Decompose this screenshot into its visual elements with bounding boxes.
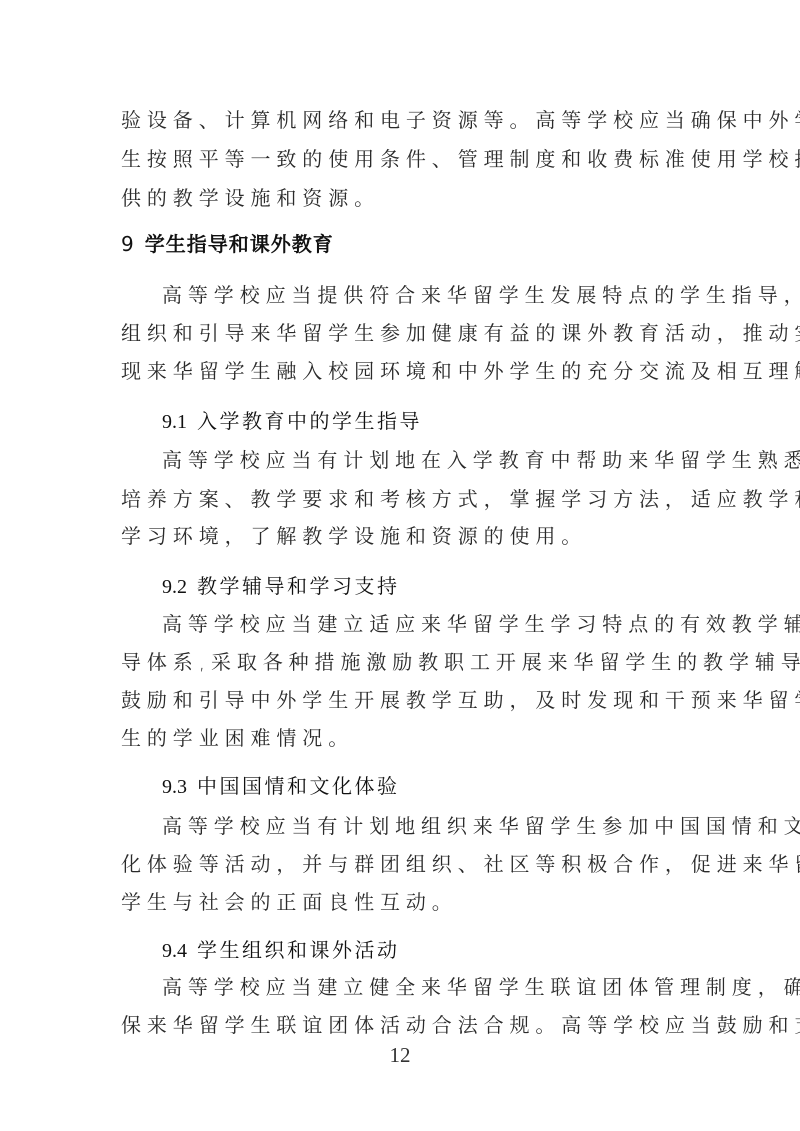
paragraph-line: 高等学校应当有计划地在入学教育中帮助来华留学生熟悉 (162, 448, 683, 472)
section-number: 9 (121, 232, 135, 256)
paragraph-line: 高等学校应当有计划地组织来华留学生参加中国国情和文 (162, 814, 683, 838)
section-heading: 9学生指导和课外教育 (121, 232, 334, 256)
paragraph-line: 验设备、计算机网络和电子资源等。高等学校应当确保中外学 (121, 108, 683, 132)
subsection-heading: 9.1入学教育中的学生指导 (162, 409, 422, 434)
subsection-number: 9.2 (162, 576, 187, 598)
subsection-title: 入学教育中的学生指导 (197, 409, 422, 433)
subsection-title: 中国国情和文化体验 (197, 774, 400, 798)
subsection-heading: 9.4学生组织和课外活动 (162, 938, 400, 963)
subsection-number: 9.4 (162, 940, 187, 962)
subsection-heading: 9.3中国国情和文化体验 (162, 774, 400, 799)
subsection-title: 学生组织和课外活动 (197, 938, 400, 962)
paragraph-line: 高等学校应当建立适应来华留学生学习特点的有效教学辅 (162, 612, 683, 636)
paragraph-line: 高等学校应当提供符合来华留学生发展特点的学生指导， (162, 283, 683, 307)
section-title: 学生指导和课外教育 (145, 232, 334, 256)
paragraph-line: 组织和引导来华留学生参加健康有益的课外教育活动，推动实 (121, 321, 683, 345)
paragraph-line: 供的教学设施和资源。 (121, 186, 683, 210)
subsection-number: 9.3 (162, 776, 187, 798)
paragraph-line: 保来华留学生联谊团体活动合法合规。高等学校应当鼓励和支 (121, 1013, 683, 1037)
paragraph-line: 现来华留学生融入校园环境和中外学生的充分交流及相互理解。 (121, 359, 683, 383)
paragraph-line: 培养方案、教学要求和考核方式，掌握学习方法，适应教学和 (121, 487, 683, 511)
subsection-heading: 9.2教学辅导和学习支持 (162, 574, 400, 599)
page-number: 12 (0, 1043, 800, 1068)
paragraph-line: 学习环境，了解教学设施和资源的使用。 (121, 524, 683, 548)
paragraph-line: 生按照平等一致的使用条件、管理制度和收费标准使用学校提 (121, 147, 683, 171)
subsection-number: 9.1 (162, 411, 187, 433)
paragraph-line: 学生与社会的正面良性互动。 (121, 890, 683, 914)
subsection-title: 教学辅导和学习支持 (197, 574, 400, 598)
paragraph-line: 化体验等活动，并与群团组织、社区等积极合作，促进来华留 (121, 852, 683, 876)
paragraph-line: 鼓励和引导中外学生开展教学互助，及时发现和干预来华留学 (121, 688, 683, 712)
paragraph-line: 生的学业困难情况。 (121, 726, 683, 750)
paragraph-line: 高等学校应当建立健全来华留学生联谊团体管理制度，确 (162, 975, 683, 999)
paragraph-line: 导体系,采取各种措施激励教职工开展来华留学生的教学辅导, (121, 650, 683, 674)
